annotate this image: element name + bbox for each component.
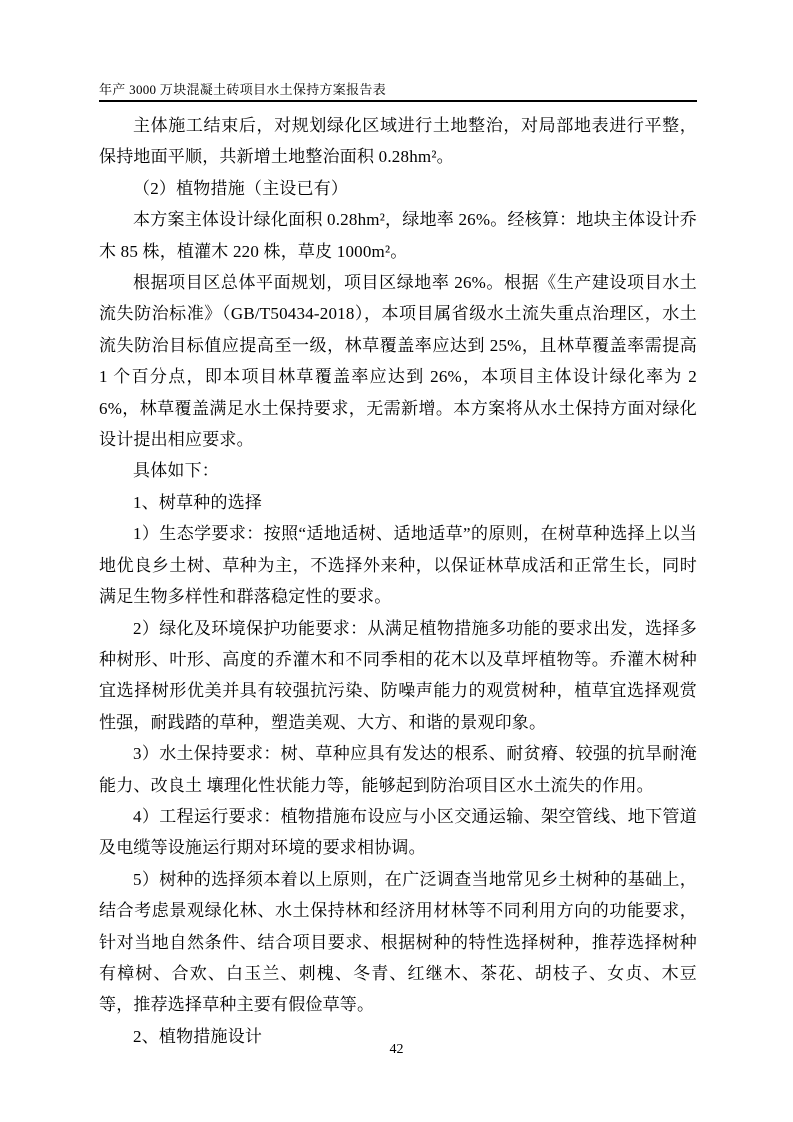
paragraph-coverage-standard: 根据项目区总体平面规划，项目区绿地率 26%。根据《生产建设项目水土流失防治标准… (99, 267, 697, 455)
paragraph-soil-conservation-requirement: 3）水土保持要求：树、草种应具有发达的根系、耐贫瘠、较强的抗旱耐淹能力、改良土 … (99, 738, 697, 801)
paragraph-ecological-requirement: 1）生态学要求：按照“适地适树、适地适草”的原则，在树草种选择上以当地优良乡土树… (99, 518, 697, 612)
document-page: 年产 3000 万块混凝土砖项目水土保持方案报告表 主体施工结束后，对规划绿化区… (0, 0, 793, 1122)
paragraph-greening-function-requirement: 2）绿化及环境保护功能要求：从满足植物措施多功能的要求出发，选择多种树形、叶形、… (99, 613, 697, 739)
page-header: 年产 3000 万块混凝土砖项目水土保持方案报告表 (99, 82, 697, 102)
document-body: 主体施工结束后，对规划绿化区域进行土地整治，对局部地表进行平整，保持地面平顺，共… (99, 110, 697, 1052)
page-footer: 42 (0, 1040, 793, 1058)
paragraph-greening-area: 本方案主体设计绿化面积 0.28hm²，绿地率 26%。经核算：地块主体设计乔木… (99, 204, 697, 267)
heading-plant-measures: （2）植物措施（主设已有） (99, 173, 697, 204)
page-number: 42 (390, 1042, 404, 1057)
paragraph-recommended-species: 5）树种的选择须本着以上原则，在广泛调查当地常见乡土树种的基础上，结合考虑景观绿… (99, 864, 697, 1021)
paragraph-land-restoration: 主体施工结束后，对规划绿化区域进行土地整治，对局部地表进行平整，保持地面平顺，共… (99, 110, 697, 173)
paragraph-engineering-operation-requirement: 4）工程运行要求：植物措施布设应与小区交通运输、架空管线、地下管道及电缆等设施运… (99, 801, 697, 864)
header-title: 年产 3000 万块混凝土砖项目水土保持方案报告表 (99, 82, 697, 97)
paragraph-details-intro: 具体如下： (99, 455, 697, 486)
heading-species-selection: 1、树草种的选择 (99, 487, 697, 518)
